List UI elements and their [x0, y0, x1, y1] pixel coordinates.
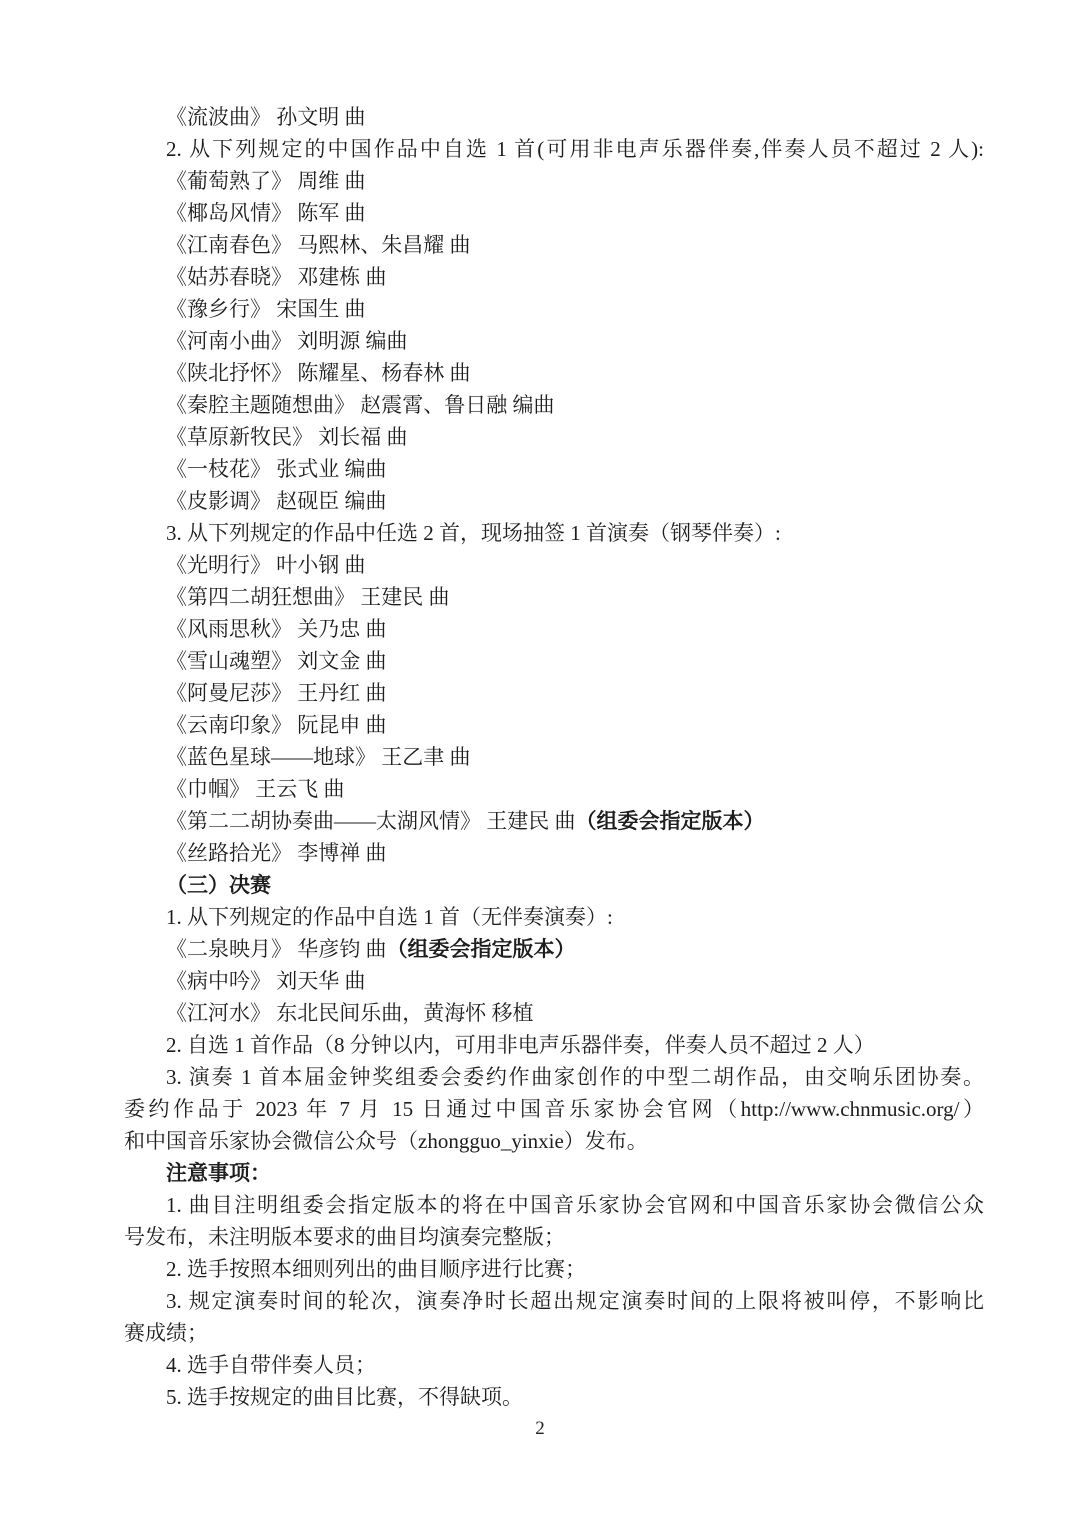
text-line: 《丝路拾光》 李博禅 曲	[124, 837, 984, 869]
text-line: 《陕北抒怀》 陈耀星、杨春林 曲	[124, 357, 984, 389]
text-segment: 委约作品于 2023 年 7 月 15 日通过中国音乐家协会官网（http://…	[124, 1097, 984, 1121]
bold-text-segment: （组委会指定版本）	[387, 937, 576, 961]
text-line: 5. 选手按规定的曲目比赛，不得缺项。	[124, 1381, 984, 1413]
text-segment: 《雪山魂塑》 刘文金 曲	[166, 649, 387, 673]
text-segment: 《一枝花》 张式业 编曲	[166, 457, 387, 481]
text-line: 委约作品于 2023 年 7 月 15 日通过中国音乐家协会官网（http://…	[124, 1093, 984, 1125]
text-line: 《二泉映月》 华彦钧 曲（组委会指定版本）	[124, 933, 984, 965]
text-line: 《蓝色星球——地球》 王乙聿 曲	[124, 741, 984, 773]
text-segment: 《云南印象》 阮昆申 曲	[166, 713, 387, 737]
text-line: 3. 演奏 1 首本届金钟奖组委会委约作曲家创作的中型二胡作品，由交响乐团协奏。	[124, 1061, 984, 1093]
text-segment: 《江河水》 东北民间乐曲，黄海怀 移植	[166, 1001, 534, 1025]
text-line: （三）决赛	[124, 869, 984, 901]
text-segment: 《皮影调》 赵砚臣 编曲	[166, 489, 387, 513]
text-segment: 3. 演奏 1 首本届金钟奖组委会委约作曲家创作的中型二胡作品，由交响乐团协奏。	[166, 1065, 984, 1089]
text-segment: 《河南小曲》 刘明源 编曲	[166, 329, 408, 353]
bold-text-segment: （组委会指定版本）	[576, 809, 765, 833]
text-line: 《风雨思秋》 关乃忠 曲	[124, 613, 984, 645]
text-line: 2. 自选 1 首作品（8 分钟以内，可用非电声乐器伴奏，伴奏人员不超过 2 人…	[124, 1029, 984, 1061]
page-number: 2	[0, 1413, 1080, 1445]
text-segment: 《葡萄熟了》 周维 曲	[166, 169, 366, 193]
text-segment: 《第四二胡狂想曲》 王建民 曲	[166, 585, 450, 609]
document-body: 《流波曲》 孙文明 曲2. 从下列规定的中国作品中自选 1 首(可用非电声乐器伴…	[124, 101, 984, 1413]
text-line: 《一枝花》 张式业 编曲	[124, 453, 984, 485]
text-line: 《豫乡行》 宋国生 曲	[124, 293, 984, 325]
text-segment: 《陕北抒怀》 陈耀星、杨春林 曲	[166, 361, 471, 385]
text-segment: 1. 从下列规定的作品中自选 1 首（无伴奏演奏）:	[166, 905, 613, 929]
text-segment: 《姑苏春晓》 邓建栋 曲	[166, 265, 387, 289]
bold-text-segment: 注意事项：	[166, 1161, 271, 1185]
text-segment: 1. 曲目注明组委会指定版本的将在中国音乐家协会官网和中国音乐家协会微信公众	[166, 1193, 984, 1217]
text-line: 《河南小曲》 刘明源 编曲	[124, 325, 984, 357]
text-segment: 3. 规定演奏时间的轮次，演奏净时长超出规定演奏时间的上限将被叫停，不影响比	[166, 1289, 984, 1313]
text-segment: 《椰岛风情》 陈军 曲	[166, 201, 366, 225]
text-segment: 赛成绩；	[124, 1321, 208, 1345]
text-segment: 《江南春色》 马熙林、朱昌耀 曲	[166, 233, 471, 257]
text-line: 注意事项：	[124, 1157, 984, 1189]
text-segment: 《风雨思秋》 关乃忠 曲	[166, 617, 387, 641]
text-segment: 2. 自选 1 首作品（8 分钟以内，可用非电声乐器伴奏，伴奏人员不超过 2 人…	[166, 1033, 875, 1057]
text-segment: 《蓝色星球——地球》 王乙聿 曲	[166, 745, 471, 769]
text-line: 《葡萄熟了》 周维 曲	[124, 165, 984, 197]
text-segment: 《丝路拾光》 李博禅 曲	[166, 841, 387, 865]
text-segment: 2. 选手按照本细则列出的曲目顺序进行比赛；	[166, 1257, 586, 1281]
text-segment: 3. 从下列规定的作品中任选 2 首，现场抽签 1 首演奏（钢琴伴奏）:	[166, 521, 781, 545]
text-line: 1. 从下列规定的作品中自选 1 首（无伴奏演奏）:	[124, 901, 984, 933]
text-line: 《第二二胡协奏曲——太湖风情》 王建民 曲（组委会指定版本）	[124, 805, 984, 837]
text-line: 3. 从下列规定的作品中任选 2 首，现场抽签 1 首演奏（钢琴伴奏）:	[124, 517, 984, 549]
text-segment: 《流波曲》 孙文明 曲	[166, 105, 366, 129]
text-line: 《病中吟》 刘天华 曲	[124, 965, 984, 997]
text-line: 赛成绩；	[124, 1317, 984, 1349]
text-line: 2. 选手按照本细则列出的曲目顺序进行比赛；	[124, 1253, 984, 1285]
text-line: 《巾帼》 王云飞 曲	[124, 773, 984, 805]
text-segment: 《光明行》 叶小钢 曲	[166, 553, 366, 577]
text-segment: 《阿曼尼莎》 王丹红 曲	[166, 681, 387, 705]
text-segment: 《草原新牧民》 刘长福 曲	[166, 425, 408, 449]
text-segment: 《二泉映月》 华彦钧 曲	[166, 937, 387, 961]
text-line: 《江河水》 东北民间乐曲，黄海怀 移植	[124, 997, 984, 1029]
text-line: 2. 从下列规定的中国作品中自选 1 首(可用非电声乐器伴奏,伴奏人员不超过 2…	[124, 133, 984, 165]
text-line: 4. 选手自带伴奏人员；	[124, 1349, 984, 1381]
text-line: 1. 曲目注明组委会指定版本的将在中国音乐家协会官网和中国音乐家协会微信公众	[124, 1189, 984, 1221]
text-segment: 《秦腔主题随想曲》 赵震霄、鲁日融 编曲	[166, 393, 555, 417]
text-segment: 和中国音乐家协会微信公众号（zhongguo_yinxie）发布。	[124, 1129, 648, 1153]
text-segment: 4. 选手自带伴奏人员；	[166, 1353, 376, 1377]
text-segment: 《病中吟》 刘天华 曲	[166, 969, 366, 993]
text-segment: 《第二二胡协奏曲——太湖风情》 王建民 曲	[166, 809, 576, 833]
text-line: 《光明行》 叶小钢 曲	[124, 549, 984, 581]
bold-text-segment: （三）决赛	[166, 873, 271, 897]
text-line: 号发布，未注明版本要求的曲目均演奏完整版；	[124, 1221, 984, 1253]
text-line: 《阿曼尼莎》 王丹红 曲	[124, 677, 984, 709]
text-line: 《椰岛风情》 陈军 曲	[124, 197, 984, 229]
text-line: 和中国音乐家协会微信公众号（zhongguo_yinxie）发布。	[124, 1125, 984, 1157]
text-line: 《第四二胡狂想曲》 王建民 曲	[124, 581, 984, 613]
text-segment: 2. 从下列规定的中国作品中自选 1 首(可用非电声乐器伴奏,伴奏人员不超过 2…	[166, 137, 984, 161]
text-line: 《雪山魂塑》 刘文金 曲	[124, 645, 984, 677]
text-line: 3. 规定演奏时间的轮次，演奏净时长超出规定演奏时间的上限将被叫停，不影响比	[124, 1285, 984, 1317]
text-line: 《流波曲》 孙文明 曲	[124, 101, 984, 133]
text-line: 《江南春色》 马熙林、朱昌耀 曲	[124, 229, 984, 261]
document-page: 《流波曲》 孙文明 曲2. 从下列规定的中国作品中自选 1 首(可用非电声乐器伴…	[0, 0, 1080, 1527]
text-segment: 《巾帼》 王云飞 曲	[166, 777, 345, 801]
text-line: 《皮影调》 赵砚臣 编曲	[124, 485, 984, 517]
text-line: 《草原新牧民》 刘长福 曲	[124, 421, 984, 453]
text-line: 《云南印象》 阮昆申 曲	[124, 709, 984, 741]
text-line: 《秦腔主题随想曲》 赵震霄、鲁日融 编曲	[124, 389, 984, 421]
text-segment: 5. 选手按规定的曲目比赛，不得缺项。	[166, 1385, 523, 1409]
text-line: 《姑苏春晓》 邓建栋 曲	[124, 261, 984, 293]
text-segment: 《豫乡行》 宋国生 曲	[166, 297, 366, 321]
text-segment: 号发布，未注明版本要求的曲目均演奏完整版；	[124, 1225, 565, 1249]
